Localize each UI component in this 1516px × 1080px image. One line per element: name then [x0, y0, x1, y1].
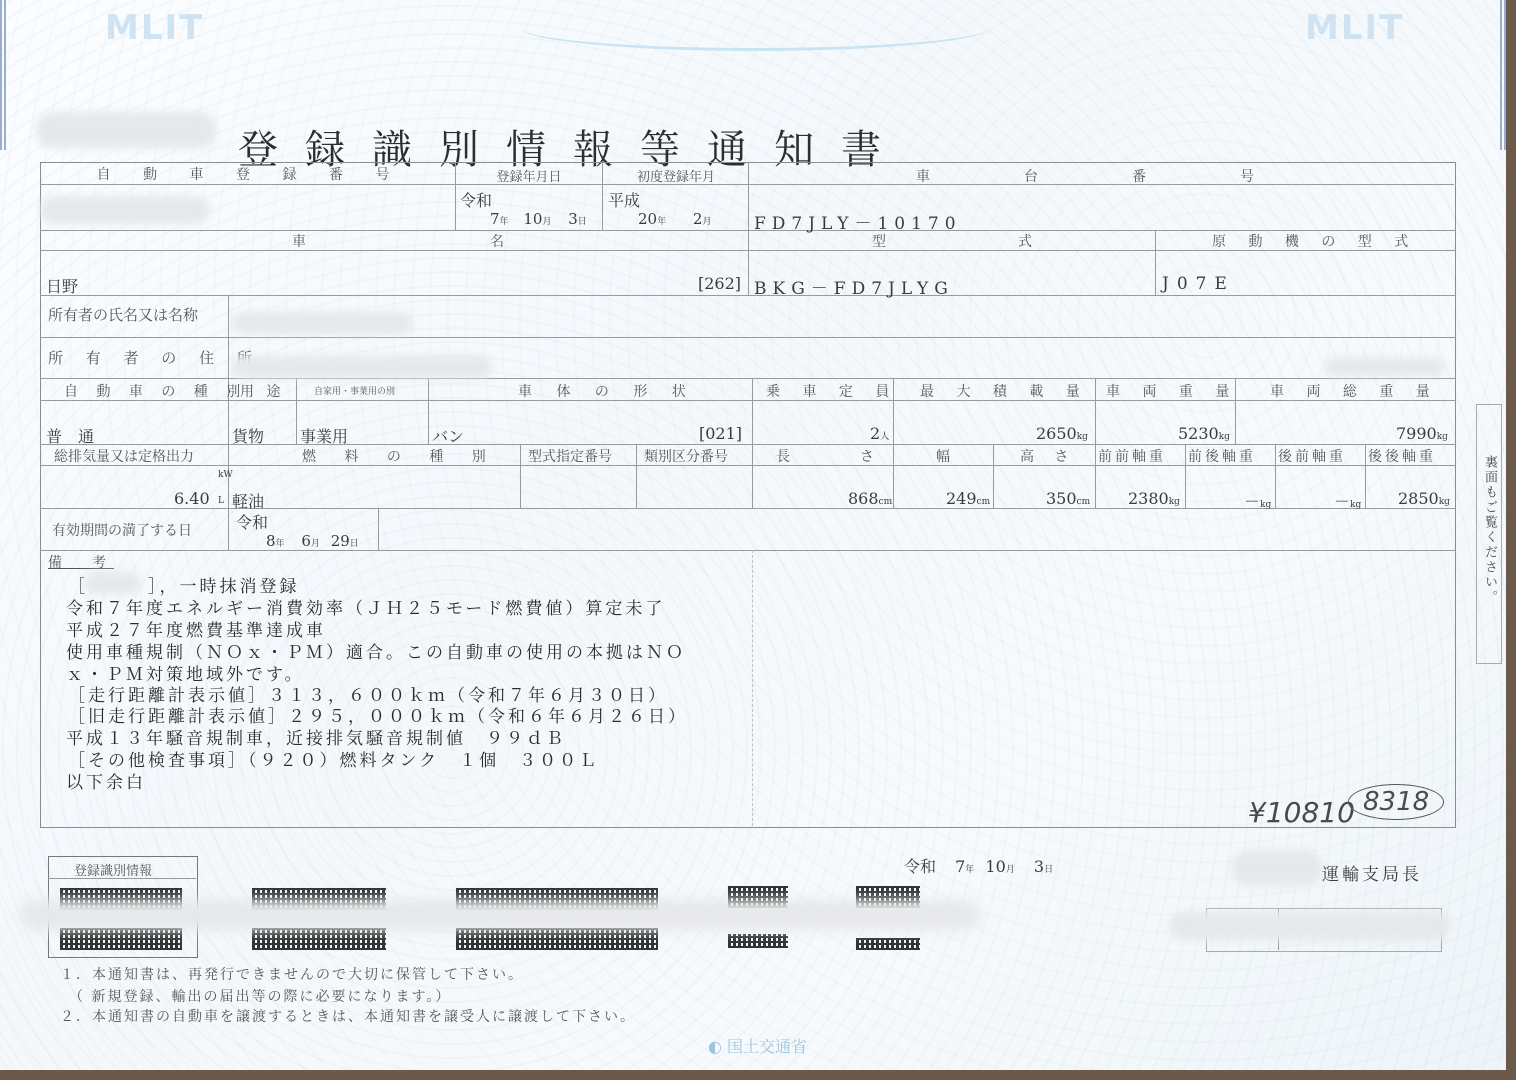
- length-value: 868cm: [848, 489, 892, 508]
- axle-rr-value: 2850kg: [1398, 489, 1450, 508]
- redacted-reg-number: [40, 196, 210, 224]
- reg-number-label: 自 動 車 登 録 番 号: [60, 164, 440, 184]
- body-shape-label: 車 体 の 形 状: [518, 381, 696, 401]
- gross-weight-label: 車 両 総 重 量: [1270, 381, 1439, 401]
- remarks-line: ［その他検査事項］（９２０）燃料タンク １個 ３００Ｌ: [68, 746, 599, 771]
- redacted-office: [1232, 850, 1322, 886]
- vehicle-weight-value: 5230kg: [1178, 424, 1230, 443]
- width-label: 幅: [936, 446, 956, 466]
- mlit-watermark-right: MLIT: [1305, 8, 1404, 48]
- redacted-remark: [84, 572, 140, 594]
- axle-ff-label: 前前軸重: [1098, 446, 1166, 466]
- handwritten-amount: ¥10810: [1248, 796, 1355, 829]
- engine-model-label: 原 動 機 の 型 式: [1212, 231, 1417, 251]
- fuel-type-value: 軽油: [232, 489, 264, 512]
- first-reg-value: 20年 2月: [638, 210, 711, 228]
- qr-code: [856, 938, 920, 950]
- remarks-line: 以下余白: [66, 768, 146, 793]
- model-label-2: 式: [1018, 231, 1038, 251]
- axle-rr-label: 後後軸重: [1368, 446, 1436, 466]
- ornament-crest: [520, 4, 990, 51]
- document-paper: MLIT MLIT 登録識別情報等通知書 自 動 車 登 録 番 号 登録年月日…: [0, 0, 1506, 1070]
- side-note-box: 裏面もご覧ください。: [1476, 404, 1502, 664]
- axle-fr-label: 前後軸重: [1188, 446, 1256, 466]
- reg-date-value: 7年 10月 3日: [490, 210, 587, 228]
- redacted-owner-address: [232, 356, 492, 378]
- expiry-label: 有効期間の満了する日: [52, 520, 192, 540]
- issuer-title: 運輸支局長: [1322, 860, 1422, 885]
- qr-code: [728, 934, 788, 948]
- chassis-number-label: 車 台 番 号: [760, 166, 1450, 186]
- axle-fr-value: －kg: [1244, 489, 1271, 512]
- body-shape-code: [021]: [699, 424, 742, 443]
- handwritten-circled-number: 8318: [1348, 784, 1444, 820]
- body-shape-value: バン: [432, 424, 464, 447]
- length-label-1: 長: [776, 446, 796, 466]
- model-value: BKG－FD7JLYG: [754, 274, 954, 299]
- type-designation-label: 型式指定番号: [528, 446, 612, 466]
- car-name-label-1: 車: [292, 231, 312, 251]
- note-line: １．本通知書は、再発行できませんので大切に保管して下さい。: [60, 964, 524, 984]
- max-load-value: 2650kg: [1036, 424, 1088, 443]
- width-value: 249cm: [946, 489, 990, 508]
- axle-ff-value: 2380kg: [1128, 489, 1180, 508]
- redacted-address-tail: [1325, 358, 1445, 376]
- use-value: 貨物: [232, 424, 264, 447]
- note-line: （ 新規登録、輸出の届出等の際に必要になります。）: [60, 986, 451, 1006]
- side-note-text: 裏面もご覧ください。: [1480, 455, 1499, 605]
- engine-model-value: J07E: [1162, 274, 1235, 294]
- redacted-owner-name: [232, 312, 412, 334]
- qr-box-label: 登録識別情報: [74, 860, 152, 879]
- car-name-value: 日野: [46, 274, 78, 297]
- owner-name-label: 所有者の氏名又は名称: [48, 304, 198, 325]
- car-name-code: [262]: [698, 274, 741, 293]
- qr-code: [60, 928, 182, 950]
- qr-code: [456, 928, 658, 950]
- capacity-value: 2人: [870, 424, 889, 443]
- car-name-label-2: 名: [490, 231, 510, 251]
- ornament-corner-right: [1440, 0, 1506, 150]
- axle-rf-label: 後前軸重: [1278, 446, 1346, 466]
- redacted-qr-band: [20, 900, 980, 930]
- fuel-type-label: 燃 料 の 種 別: [302, 446, 498, 466]
- redacted-seal: [1170, 912, 1450, 940]
- redacted-block: [36, 112, 216, 148]
- height-label: 高 さ: [1020, 446, 1076, 466]
- capacity-label: 乗 車 定 員: [766, 381, 898, 401]
- vehicle-kind-label: 自 動 車 の 種 別: [64, 381, 247, 401]
- mlit-footer-logo: ◐ 国土交通省: [708, 1034, 807, 1057]
- expiry-era: 令和: [236, 510, 268, 533]
- mlit-watermark-left: MLIT: [105, 8, 204, 48]
- displacement-value: 6.40: [174, 489, 210, 508]
- qr-code: [252, 928, 386, 950]
- reg-date-era: 令和: [460, 188, 492, 211]
- length-label-2: さ: [860, 446, 880, 466]
- chassis-number-value: FD7JLY－10170: [754, 209, 962, 234]
- gross-weight-value: 7990kg: [1396, 424, 1448, 443]
- displacement-unit-kw: kW: [218, 470, 233, 480]
- first-reg-era: 平成: [608, 188, 640, 211]
- private-business-label: 自家用・事業用の別: [314, 384, 395, 397]
- height-value: 350cm: [1046, 489, 1090, 508]
- max-load-label: 最 大 積 載 量: [920, 381, 1089, 401]
- note-line: ２．本通知書の自動車を譲渡するときは、本通知書を譲受人に譲渡して下さい。: [60, 1006, 636, 1026]
- vehicle-kind-value: 普 通: [46, 424, 94, 447]
- reg-date-label: 登録年月日: [458, 166, 600, 185]
- first-reg-label: 初度登録年月: [605, 166, 747, 185]
- axle-rf-value: －kg: [1334, 489, 1361, 512]
- remarks-label: 備 考: [48, 552, 114, 572]
- vehicle-weight-label: 車 両 重 量: [1106, 381, 1238, 401]
- displacement-label: 総排気量又は定格出力: [54, 446, 194, 466]
- category-number-label: 類別区分番号: [644, 446, 728, 466]
- displacement-unit-l: L: [218, 496, 224, 506]
- model-label-1: 型: [872, 231, 892, 251]
- private-business-value: 事業用: [300, 424, 348, 447]
- owner-address-label: 所 有 者 の 住 所: [48, 347, 261, 368]
- use-label: 用 途: [240, 381, 284, 401]
- expiry-date: 8年 6月 29日: [266, 532, 359, 550]
- issue-date: 令和 7年 10月 3日: [904, 854, 1053, 877]
